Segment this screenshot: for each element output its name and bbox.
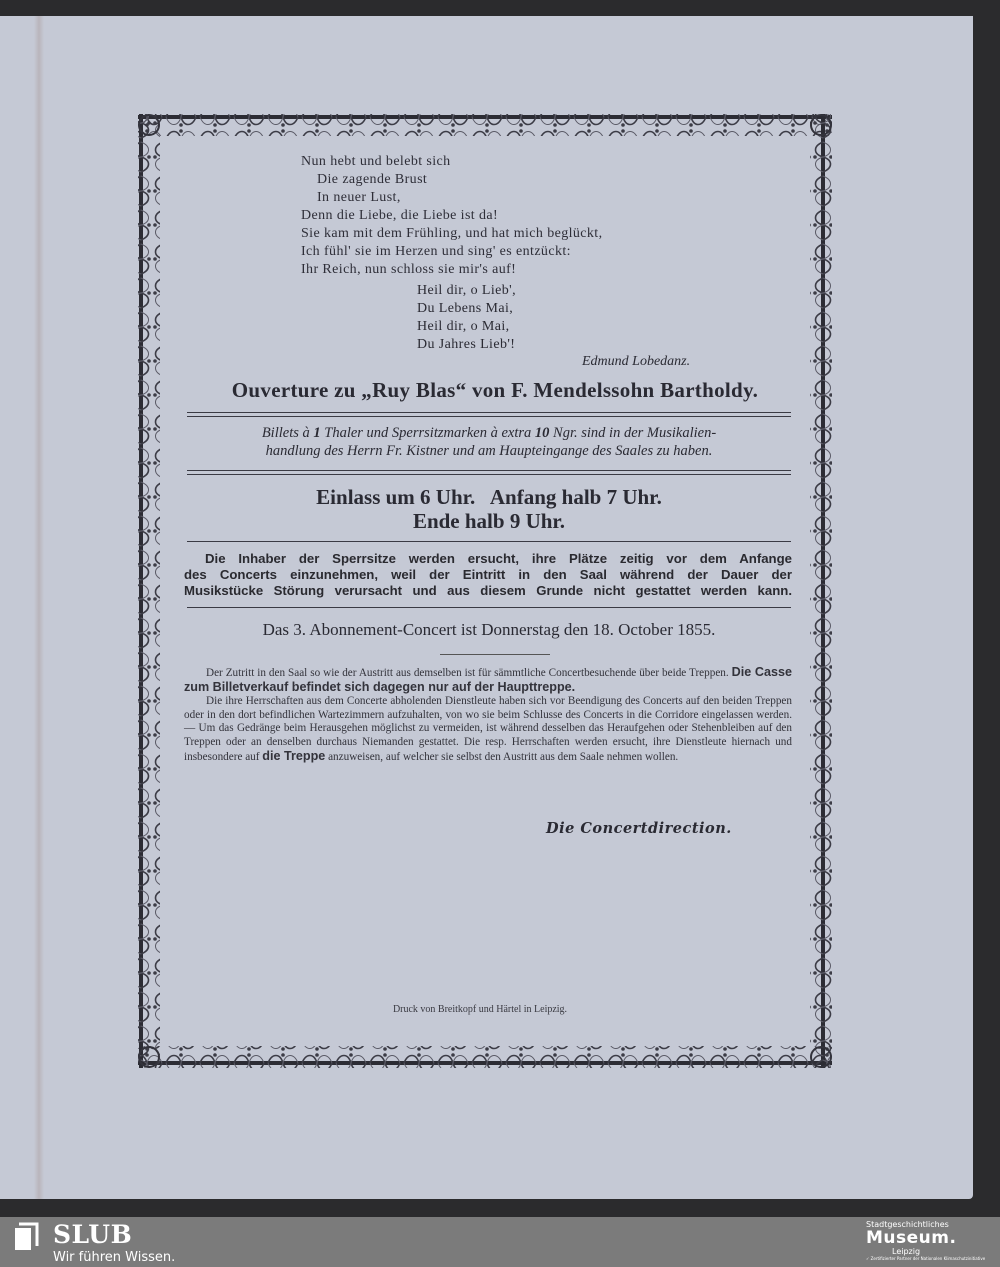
poem-line: In neuer Lust, [301, 189, 603, 207]
schedule-line: Einlass um 6 Uhr. Anfang halb 7 Uhr. [187, 485, 791, 509]
price: 1 [313, 425, 320, 441]
refrain-line: Heil dir, o Mai, [417, 318, 516, 336]
poem-line: Nun hebt und belebt sich [301, 153, 603, 171]
poem-line: Die zagende Brust [301, 171, 603, 189]
museum-city: Leipzig [866, 1247, 996, 1256]
house-rules: Der Zutritt in den Saal so wie der Austr… [184, 666, 792, 764]
refrain-line: Heil dir, o Lieb', [417, 282, 516, 300]
divider [187, 607, 791, 608]
text: anzuweisen, auf welcher sie selbst den A… [325, 751, 678, 763]
notice-line: des Concerts einzunehmen, weil der Eintr… [184, 567, 792, 583]
divider [187, 470, 791, 475]
price: 10 [535, 425, 550, 441]
short-divider [440, 654, 550, 655]
refrain-line: Du Jahres Lieb'! [417, 336, 516, 354]
notice-line: Musikstücke Störung verursacht und aus d… [184, 583, 792, 599]
poem-line: Sie kam mit dem Frühling, und hat mich b… [301, 225, 603, 243]
poem-verse: Nun hebt und belebt sich Die zagende Bru… [301, 153, 603, 279]
museum-name: Museum. [866, 1229, 996, 1247]
rules-paragraph: Der Zutritt in den Saal so wie der Austr… [184, 666, 792, 695]
viewer-footer: SLUB Wir führen Wissen. Stadtgeschichtli… [0, 1217, 1000, 1267]
text: Ngr. sind in der Musikalien- [549, 425, 716, 441]
museum-logo: Stadtgeschichtliches Museum. Leipzig ✓ Z… [866, 1220, 996, 1262]
rules-paragraph: Die ihre Herrschaften aus dem Concerte a… [184, 695, 792, 764]
slub-tagline: Wir führen Wissen. [53, 1250, 175, 1265]
next-concert-announcement: Das 3. Abonnement-Concert ist Donnerstag… [187, 620, 791, 640]
text: Thaler und Sperrsitzmarken à extra [321, 425, 535, 441]
museum-certification: ✓ Zertifizierter Partner der Nationalen … [866, 1256, 996, 1262]
poem-line: Ihr Reich, nun schloss sie mir's auf! [301, 261, 603, 279]
slub-brand: SLUB [53, 1220, 132, 1249]
divider [187, 412, 791, 417]
notice-line: Die Inhaber der Sperrsitze werden ersuch… [184, 551, 792, 567]
divider [187, 541, 791, 542]
ticket-info: Billets à 1 Thaler und Sperrsitzmarken à… [187, 424, 791, 460]
emphasis: die Treppe [262, 749, 325, 763]
text: Der Zutritt in den Saal so wie der Austr… [206, 667, 732, 679]
signature: Die Concertdirection. [546, 820, 732, 837]
printer-imprint: Druck von Breitkopf und Härtel in Leipzi… [340, 1004, 620, 1015]
poem-line: Ich fühl' sie im Herzen und sing' es ent… [301, 243, 603, 261]
poem-line: Denn die Liebe, die Liebe ist da! [301, 207, 603, 225]
seating-notice: Die Inhaber der Sperrsitze werden ersuch… [184, 551, 792, 599]
refrain-line: Du Lebens Mai, [417, 300, 516, 318]
document-page: Nun hebt und belebt sich Die zagende Bru… [0, 16, 973, 1199]
schedule-line: Ende halb 9 Uhr. [187, 509, 791, 533]
slub-logo-icon [13, 1222, 41, 1252]
schedule-times: Einlass um 6 Uhr. Anfang halb 7 Uhr. End… [187, 485, 791, 533]
program-heading: Ouverture zu „Ruy Blas“ von F. Mendelsso… [190, 378, 800, 403]
poem-refrain: Heil dir, o Lieb', Du Lebens Mai, Heil d… [417, 282, 516, 354]
poem-author: Edmund Lobedanz. [582, 354, 690, 370]
ticket-info-line1: Billets à 1 Thaler und Sperrsitzmarken à… [187, 424, 791, 442]
ticket-info-line2: handlung des Herrn Fr. Kistner und am Ha… [187, 442, 791, 460]
text: Billets à [262, 425, 314, 441]
